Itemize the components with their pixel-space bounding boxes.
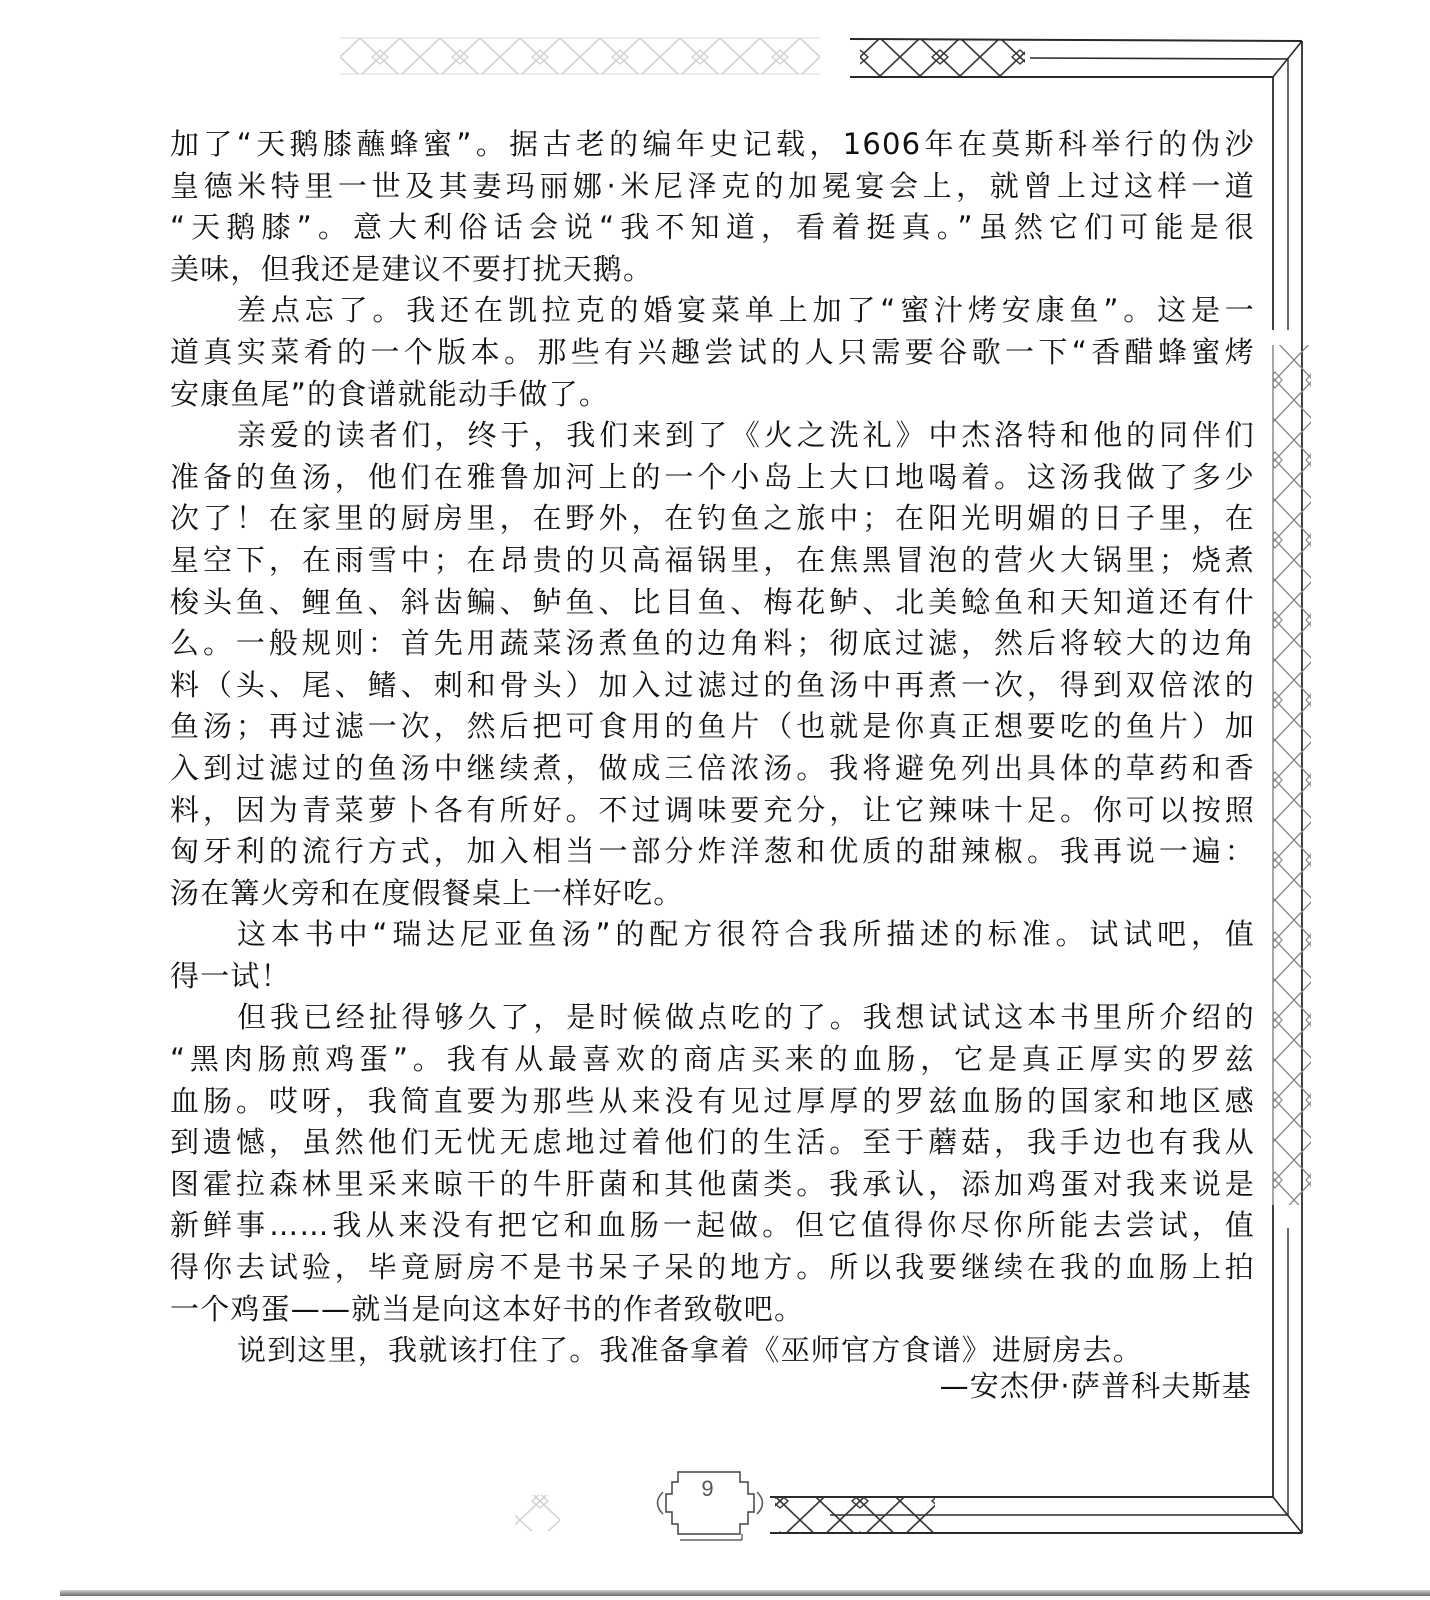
foreword-body: 加了“天鹅膝蘸蜂蜜”。据古老的编年史记载，1606年在莫斯科举行的伪沙 皇德米特… (170, 124, 1255, 1372)
text-line: “天鹅膝”。意大利俗话会说“我不知道，看着挺真。”虽然它们可能是很 (170, 207, 1255, 249)
text-line: 道真实菜肴的一个版本。那些有兴趣尝试的人只需要谷歌一下“香醋蜂蜜烤 (170, 332, 1255, 374)
text-line: 图霍拉森林里采来晾干的牛肝菌和其他菌类。我承认，添加鸡蛋对我来说是 (170, 1164, 1255, 1206)
book-page: 加了“天鹅膝蘸蜂蜜”。据古老的编年史记载，1606年在莫斯科举行的伪沙 皇德米特… (0, 0, 1430, 1600)
text-line: 么。一般规则：首先用蔬菜汤煮鱼的边角料；彻底过滤，然后将较大的边角 (170, 623, 1255, 665)
text-line: “黑肉肠煎鸡蛋”。我有从最喜欢的商店买来的血肠，它是真正厚实的罗兹 (170, 1039, 1255, 1081)
author-signature: —安杰伊·萨普科夫斯基 (940, 1364, 1252, 1405)
text-line: 入到过滤过的鱼汤中继续煮，做成三倍浓汤。我将避免列出具体的草药和香 (170, 748, 1255, 790)
text-line: 鱼汤；再过滤一次，然后把可食用的鱼片（也就是你真正想要吃的鱼片）加 (170, 706, 1255, 748)
text-line: 星空下，在雨雪中；在昂贵的贝高福锅里，在焦黑冒泡的营火大锅里；烧煮 (170, 540, 1255, 582)
text-line: 梭头鱼、鲤鱼、斜齿鳊、鲈鱼、比目鱼、梅花鲈、北美鲶鱼和天知道还有什 (170, 582, 1255, 624)
text-line: 料，因为青菜萝卜各有所好。不过调味要充分，让它辣味十足。你可以按照 (170, 790, 1255, 832)
text-line: 加了“天鹅膝蘸蜂蜜”。据古老的编年史记载，1606年在莫斯科举行的伪沙 (170, 124, 1255, 166)
text-line: 差点忘了。我还在凯拉克的婚宴菜单上加了“蜜汁烤安康鱼”。这是一 (170, 290, 1255, 332)
text-line: 血肠。哎呀，我简直要为那些从来没有见过厚厚的罗兹血肠的国家和地区感 (170, 1081, 1255, 1123)
text-line: 亲爱的读者们，终于，我们来到了《火之洗礼》中杰洛特和他的同伴们 (170, 415, 1255, 457)
text-line: 一个鸡蛋——就当是向这本好书的作者致敬吧。 (170, 1289, 1255, 1331)
text-line: 美味，但我还是建议不要打扰天鹅。 (170, 249, 1255, 291)
text-line: 得一试！ (170, 956, 1255, 998)
text-line: 这本书中“瑞达尼亚鱼汤”的配方很符合我所描述的标准。试试吧，值 (170, 914, 1255, 956)
text-line: 准备的鱼汤，他们在雅鲁加河上的一个小岛上大口地喝着。这汤我做了多少 (170, 457, 1255, 499)
text-line: 次了！在家里的厨房里，在野外，在钓鱼之旅中；在阳光明媚的日子里，在 (170, 498, 1255, 540)
scan-edge-shadow (60, 1590, 1430, 1596)
text-line: 安康鱼尾”的食谱就能动手做了。 (170, 374, 1255, 416)
page-number-cartouche: 9 (650, 1464, 765, 1514)
text-line: 汤在篝火旁和在度假餐桌上一样好吃。 (170, 873, 1255, 915)
text-line: 料（头、尾、鳍、刺和骨头）加入过滤过的鱼汤中再煮一次，得到双倍浓的 (170, 665, 1255, 707)
page-number: 9 (650, 1464, 765, 1514)
text-line: 到遗憾，虽然他们无忧无虑地过着他们的生活。至于蘑菇，我手边也有我从 (170, 1122, 1255, 1164)
text-line: 但我已经扯得够久了，是时候做点吃的了。我想试试这本书里所介绍的 (170, 997, 1255, 1039)
text-line: 新鲜事……我从来没有把它和血肠一起做。但它值得你尽你所能去尝试，值 (170, 1205, 1255, 1247)
text-line: 皇德米特里一世及其妻玛丽娜·米尼泽克的加冕宴会上，就曾上过这样一道 (170, 166, 1255, 208)
text-line: 匈牙利的流行方式，加入相当一部分炸洋葱和优质的甜辣椒。我再说一遍： (170, 831, 1255, 873)
text-line: 得你去试验，毕竟厨房不是书呆子呆的地方。所以我要继续在我的血肠上拍 (170, 1247, 1255, 1289)
